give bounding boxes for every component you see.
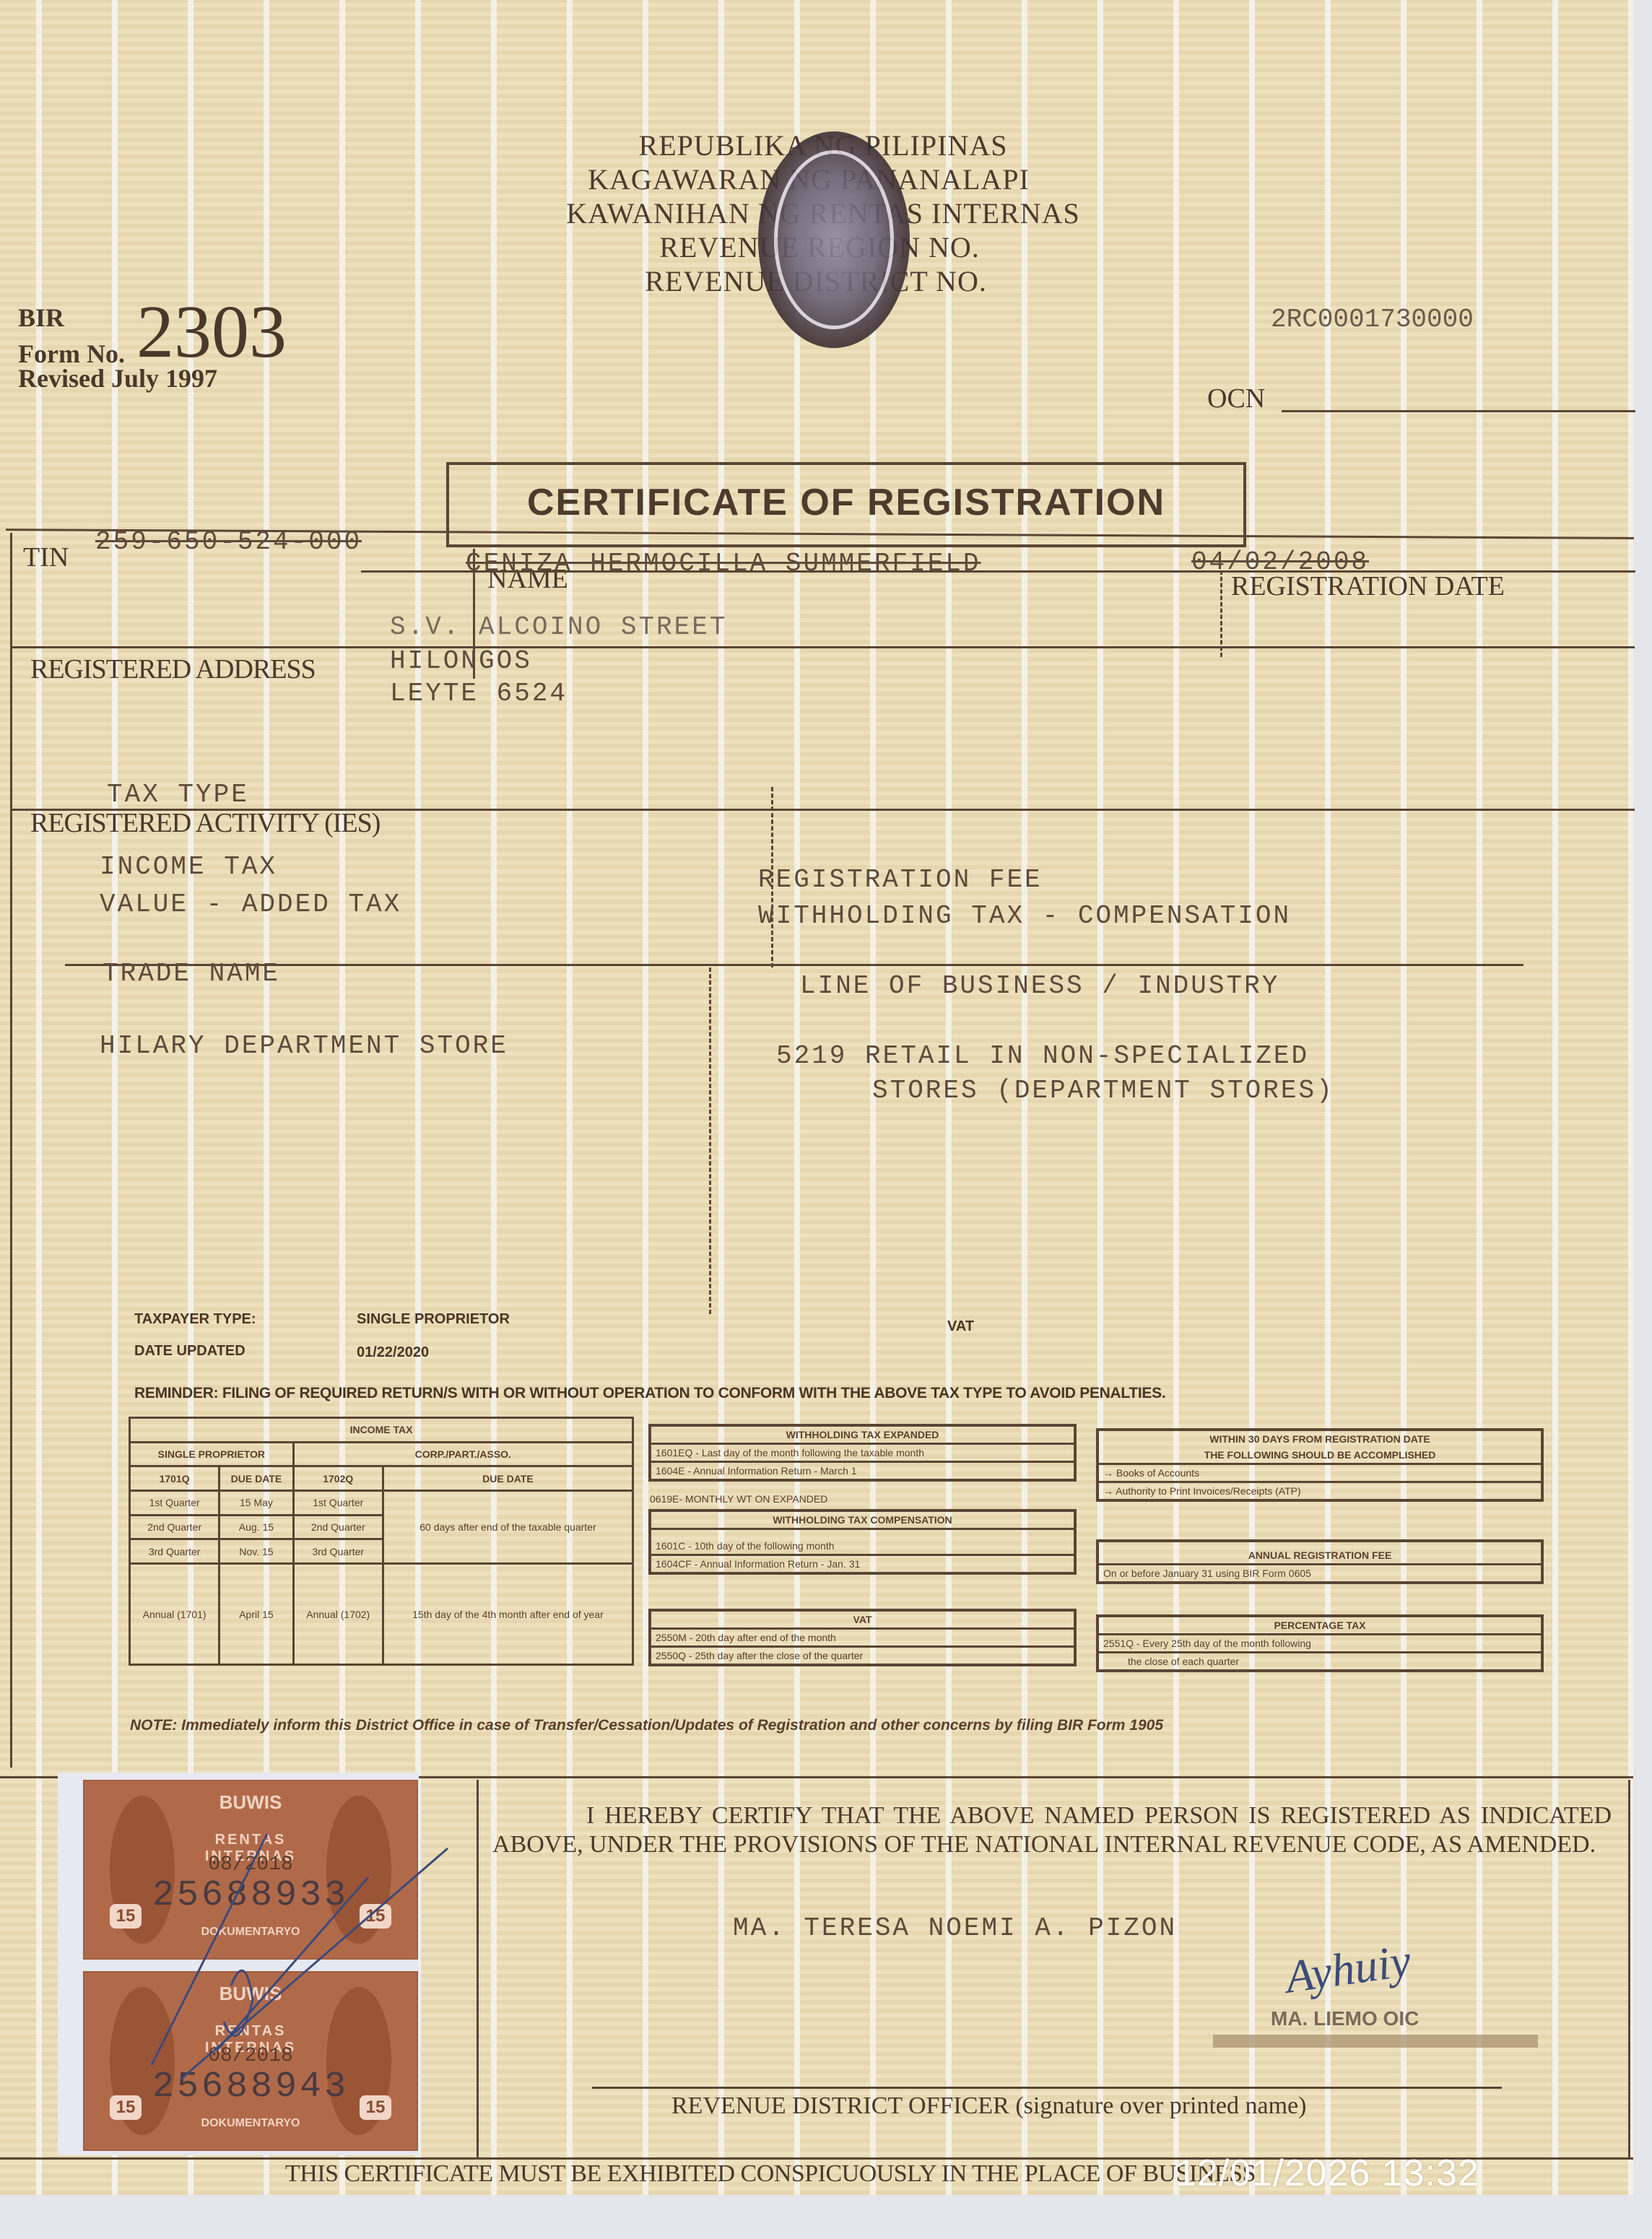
stamp-cancellation-scribble-icon bbox=[108, 1820, 455, 2094]
cell: Nov. 15 bbox=[219, 1539, 293, 1564]
tax-type-registration-fee: REGISTRATION FEE bbox=[758, 865, 1043, 895]
reference-code: 2RC0001730000 bbox=[1271, 305, 1474, 334]
note-text: NOTE: Immediately inform this District O… bbox=[130, 1717, 1163, 1734]
reminder-text: REMINDER: FILING OF REQUIRED RETURN/S WI… bbox=[134, 1385, 1165, 1402]
col-1702q: 1702Q bbox=[293, 1466, 383, 1491]
cell: 2nd Quarter bbox=[130, 1515, 219, 1539]
trade-name-label: TRADE NAME bbox=[103, 959, 280, 988]
tax-type-income: INCOME TAX bbox=[100, 852, 277, 882]
left-border bbox=[10, 533, 12, 1768]
footer-text: THIS CERTIFICATE MUST BE EXHIBITED CONSP… bbox=[285, 2160, 1256, 2188]
stamp-type: DOKUMENTARYO bbox=[193, 2117, 308, 2130]
date-updated-value: 01/22/2020 bbox=[357, 1344, 429, 1361]
cell: 2nd Quarter bbox=[293, 1515, 383, 1539]
signature-line bbox=[592, 2087, 1502, 2089]
list-item: → Books of Accounts bbox=[1099, 1463, 1541, 1481]
row-line-address bbox=[10, 646, 1635, 648]
registered-activity-label: REGISTERED ACTIVITY (IES) bbox=[30, 807, 380, 839]
withholding-expanded-extra: 0619E- MONTHLY WT ON EXPANDED bbox=[650, 1493, 827, 1505]
signature-label: REVENUE DISTRICT OFFICER (signature over… bbox=[671, 2092, 1306, 2120]
form-id: BIR Form No. 2303 Revised July 1997 bbox=[18, 303, 287, 393]
cell: April 15 bbox=[219, 1564, 293, 1665]
name-label: NAME bbox=[487, 563, 568, 595]
trade-name-value: HILARY DEPARTMENT STORE bbox=[100, 1031, 508, 1061]
tax-type-withholding-comp: WITHHOLDING TAX - COMPENSATION bbox=[758, 901, 1291, 931]
vat-status: VAT bbox=[947, 1318, 974, 1335]
cell: Aug. 15 bbox=[219, 1515, 293, 1539]
corp-quarter-due: 60 days after end of the taxable quarter bbox=[383, 1490, 632, 1563]
taxpayer-type-label: TAXPAYER TYPE: bbox=[134, 1311, 256, 1328]
withholding-expanded-title: WITHHOLDING TAX EXPANDED bbox=[651, 1427, 1074, 1443]
registration-date-label: REGISTRATION DATE bbox=[1231, 570, 1505, 602]
within-30-days-box: WITHIN 30 DAYS FROM REGISTRATION DATE TH… bbox=[1096, 1428, 1544, 1502]
address-line-1: S.V. ALCOINO STREET bbox=[390, 612, 727, 642]
list-item: 2551Q - Every 25th day of the month foll… bbox=[1099, 1633, 1541, 1651]
bir-seal-icon bbox=[758, 131, 910, 348]
business-divider bbox=[709, 968, 711, 1314]
percentage-tax-box: PERCENTAGE TAX 2551Q - Every 25th day of… bbox=[1096, 1614, 1544, 1672]
bottom-section-right bbox=[1628, 1780, 1630, 2159]
tin-label: TIN bbox=[23, 542, 69, 573]
line-of-business-2: STORES (DEPARTMENT STORES) bbox=[872, 1076, 1334, 1105]
col-due-date-2: DUE DATE bbox=[383, 1466, 632, 1491]
list-item: 2550Q - 25th day after the close of the … bbox=[651, 1645, 1074, 1664]
list-item: 2550M - 20th day after end of the month bbox=[651, 1627, 1074, 1645]
annual-fee-box: ANNUAL REGISTRATION FEE On or before Jan… bbox=[1096, 1539, 1544, 1584]
address-line-2: HILONGOS bbox=[390, 646, 532, 676]
registered-address-label: REGISTERED ADDRESS bbox=[30, 653, 316, 685]
withholding-expanded-box: WITHHOLDING TAX EXPANDED 1601EQ - Last d… bbox=[648, 1424, 1077, 1482]
list-item: 1601C - 10th day of the following month bbox=[651, 1528, 1074, 1554]
list-item: the close of each quarter bbox=[1099, 1651, 1541, 1669]
percentage-tax-title: PERCENTAGE TAX bbox=[1099, 1617, 1541, 1633]
list-item: 1604CF - Annual Information Return - Jan… bbox=[651, 1554, 1074, 1572]
within-30-title-2: THE FOLLOWING SHOULD BE ACCOMPLISHED bbox=[1099, 1447, 1541, 1463]
cell: Annual (1702) bbox=[293, 1564, 383, 1665]
list-item: On or before January 31 using BIR Form 0… bbox=[1099, 1563, 1541, 1581]
corp-header: CORP./PART./ASSO. bbox=[293, 1442, 632, 1466]
col-due-date-1: DUE DATE bbox=[219, 1466, 293, 1491]
cell: 3rd Quarter bbox=[130, 1539, 219, 1564]
officer-name: MA. TERESA NOEMI A. PIZON bbox=[733, 1913, 1177, 1943]
tax-type-vat: VALUE - ADDED TAX bbox=[100, 890, 401, 919]
withholding-compensation-title: WITHHOLDING TAX COMPENSATION bbox=[651, 1512, 1074, 1528]
list-item: 1604E - Annual Information Return - Marc… bbox=[651, 1461, 1074, 1479]
stamp-denomination-left: 15 bbox=[110, 2095, 142, 2120]
income-tax-table: INCOME TAX SINGLE PROPRIETOR CORP./PART.… bbox=[129, 1417, 634, 1666]
stamp-denomination-right: 15 bbox=[360, 2095, 391, 2120]
col-1701q: 1701Q bbox=[130, 1466, 219, 1491]
list-item: → Authority to Print Invoices/Receipts (… bbox=[1099, 1481, 1541, 1499]
date-updated-label: DATE UPDATED bbox=[134, 1343, 245, 1360]
annual-fee-title: ANNUAL REGISTRATION FEE bbox=[1099, 1542, 1541, 1563]
cell: 1st Quarter bbox=[130, 1490, 219, 1515]
cell: 15th day of the 4th month after end of y… bbox=[383, 1564, 632, 1665]
signature-stamp-bar bbox=[1213, 2035, 1538, 2048]
row-line-business bbox=[65, 964, 1523, 966]
cell: 3rd Quarter bbox=[293, 1539, 383, 1564]
ocn-label: OCN bbox=[1207, 383, 1265, 414]
taxpayer-type-value: SINGLE PROPRIETOR bbox=[357, 1311, 510, 1328]
single-proprietor-header: SINGLE PROPRIETOR bbox=[130, 1442, 294, 1466]
ocn-field-line bbox=[1282, 410, 1635, 412]
income-tax-title: INCOME TAX bbox=[130, 1418, 633, 1443]
bottom-section-divider bbox=[477, 1780, 479, 2159]
vat-title: VAT bbox=[651, 1612, 1074, 1627]
certification-text: I HEREBY CERTIFY THAT THE ABOVE NAMED PE… bbox=[492, 1801, 1612, 1859]
address-line-3: LEYTE 6524 bbox=[390, 679, 568, 708]
tin-value: 259-650-524-000 bbox=[95, 527, 362, 557]
cell: 15 May bbox=[219, 1490, 293, 1515]
tax-type-label: TAX TYPE bbox=[107, 780, 249, 809]
vat-box: VAT 2550M - 20th day after end of the mo… bbox=[648, 1609, 1077, 1666]
photo-timestamp: 12/01/2026 13:32 bbox=[1175, 2152, 1479, 2195]
date-divider bbox=[1220, 570, 1222, 657]
within-30-title-1: WITHIN 30 DAYS FROM REGISTRATION DATE bbox=[1099, 1431, 1541, 1447]
row-line-name bbox=[361, 570, 1635, 573]
signature-stamp: MA. LIEMO OIC bbox=[1271, 2007, 1419, 2030]
line-of-business-label: LINE OF BUSINESS / INDUSTRY bbox=[800, 971, 1279, 1001]
withholding-compensation-box: WITHHOLDING TAX COMPENSATION 1601C - 10t… bbox=[648, 1509, 1077, 1575]
line-of-business-1: 5219 RETAIL IN NON-SPECIALIZED bbox=[776, 1041, 1309, 1071]
cell: 1st Quarter bbox=[293, 1490, 383, 1515]
list-item: 1601EQ - Last day of the month following… bbox=[651, 1443, 1074, 1461]
cell: Annual (1701) bbox=[130, 1564, 219, 1665]
stamp-title: BUWIS bbox=[84, 1791, 417, 1814]
form-number: 2303 bbox=[136, 296, 287, 368]
certificate-title: CERTIFICATE OF REGISTRATION bbox=[449, 481, 1243, 524]
